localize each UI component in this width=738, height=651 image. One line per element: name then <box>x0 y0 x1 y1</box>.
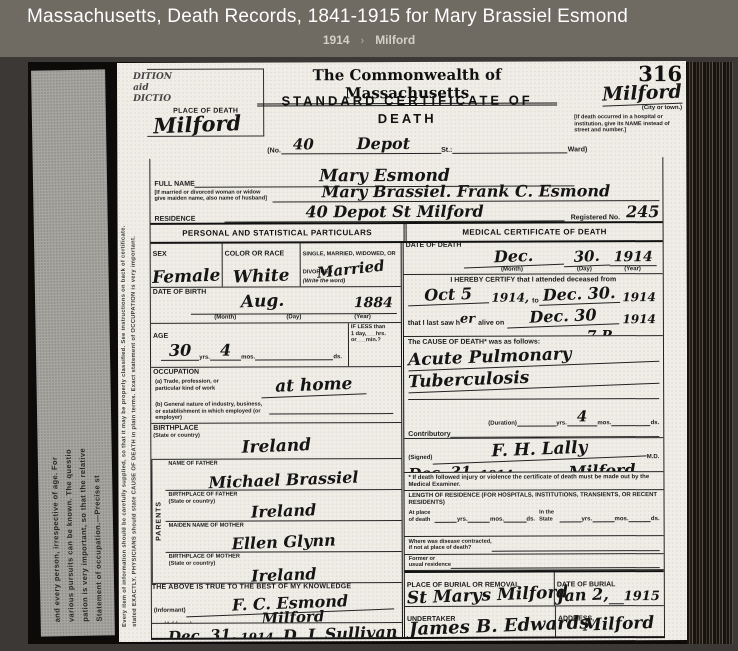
ds-label: ds. <box>333 354 342 360</box>
last-saw-er: er <box>460 312 475 327</box>
ds-label: ds. <box>651 516 660 522</box>
date-of-death-row: DATE OF DEATH Dec. 30. 1914 (Month) (Day… <box>404 240 663 275</box>
personal-column: SEX Female COLOR OR RACE White SINGLE, M… <box>151 241 405 638</box>
month-label: (Month) <box>464 266 561 272</box>
maiden-name-row: [If married or divorced woman or widowgi… <box>154 181 659 203</box>
sex-label: SEX <box>153 251 167 258</box>
mos-label: mos. <box>241 355 255 361</box>
page-title: Massachusetts, Death Records, 1841-1915 … <box>0 0 738 28</box>
occupation-row: OCCUPATION (a) Trade, profession, or par… <box>151 367 401 424</box>
st-label: St.: <box>441 147 452 154</box>
burial-year-value: 1915 <box>624 589 660 604</box>
yrs-label: yrs. <box>457 517 468 523</box>
occupation-b-label: (b) General nature of industry, business… <box>155 401 265 421</box>
mos-label: mos. <box>615 517 629 523</box>
color-race-value: White <box>222 265 300 288</box>
age-months-value: 4 <box>210 341 241 361</box>
residence-length-title: LENGTH OF RESIDENCE (FOR HOSPITALS, INST… <box>408 492 659 506</box>
mother-name-label: MAIDEN NAME OF MOTHER <box>169 523 244 530</box>
parents-label: PARENTS <box>151 460 165 583</box>
hospital-note: [If death occurred in a hospital or inst… <box>574 114 682 134</box>
former-residence-row: Former orusual residence <box>405 554 664 571</box>
mother-name-value: Ellen Glynn <box>166 528 402 553</box>
mos-label: mos. <box>490 517 504 523</box>
attended-to-date: Dec. 30. <box>538 283 619 306</box>
dod-month-value: Dec. <box>463 245 564 269</box>
city-script: Milford <box>602 81 682 107</box>
former-residence-label: Former orusual residence <box>409 556 451 569</box>
dod-year-value: 1914 <box>610 249 657 266</box>
dod-label: DATE OF DEATH <box>406 242 462 249</box>
attended-from-date: Oct 5 <box>407 283 488 306</box>
house-number-value: 40 <box>281 135 326 154</box>
place-of-death-value: Milford <box>153 110 242 138</box>
place-of-death-box: DITIONaidDICTIO PLACE OF DEATH Milford <box>147 68 264 136</box>
maiden-note: [If married or divorced woman or widowgi… <box>154 189 272 203</box>
document-viewer: and every person, irrespective of age. F… <box>0 57 738 651</box>
birthplace-label: BIRTHPLACE <box>153 425 198 432</box>
last-saw-date: Dec. 30 <box>507 304 620 328</box>
in-state-label: In theState <box>539 510 559 523</box>
facing-page: and every person, irrespective of age. F… <box>31 69 115 636</box>
sex-race-marital-row: SEX Female COLOR OR RACE White SINGLE, M… <box>151 241 401 288</box>
examiner-note: * If death followed injury or violence t… <box>404 472 663 491</box>
mother-birthplace-label: BIRTHPLACE OF MOTHER(State or country) <box>169 554 240 567</box>
medical-column: DATE OF DEATH Dec. 30. 1914 (Month) (Day… <box>404 240 664 637</box>
mos-label: mos. <box>597 420 611 426</box>
last-saw-year: 1914 <box>619 312 658 326</box>
occupation-a-label: (a) Trade, profession, or particular kin… <box>155 379 245 393</box>
occupation-label: OCCUPATION <box>153 369 199 376</box>
father-name-label: NAME OF FATHER <box>168 461 217 468</box>
undertaker-row: UNDERTAKER ADDRESS, James B. Edwards Mil… <box>405 606 664 637</box>
month-label: (Month) <box>191 314 260 320</box>
address-line: (No. 40 Depot St.: Ward) <box>267 133 587 154</box>
last-saw-text: that I last saw h <box>408 320 460 327</box>
yrs-label: yrs. <box>556 420 567 426</box>
color-race-label: COLOR OR RACE <box>225 250 285 257</box>
year-label: (Year) <box>328 314 397 320</box>
contracted-label: Where was disease contracted,if not at p… <box>409 539 492 552</box>
certify-text: I HEREBY CERTIFY that I attended decease… <box>408 276 659 284</box>
duration-months-value: 4 <box>567 407 598 426</box>
filed-date: Dec. 31, <box>168 625 237 637</box>
day-label: (Day) <box>560 266 608 272</box>
father-birthplace-row: BIRTHPLACE OF FATHER(State or country) I… <box>165 490 401 522</box>
registered-no-value: 245 <box>620 202 659 221</box>
signed-address-value: Milford <box>544 459 660 473</box>
attended-to-year: 1914 <box>619 290 658 304</box>
dob-year-value: 1884 <box>354 295 393 311</box>
street-value: Depot <box>326 134 441 154</box>
age-years-value: 30 <box>161 341 199 361</box>
certificate-title: STANDARD CERTIFICATE OF DEATH <box>257 91 557 128</box>
contracted-row: Where was disease contracted,if not at p… <box>405 536 664 555</box>
at-place-label: At placeof death <box>409 510 435 523</box>
age-row: AGE 30 yrs. 4 mos. ds. <box>151 323 401 368</box>
state-country-label: (State or country) <box>153 433 200 440</box>
margin-instructions: Every item of information should be care… <box>120 77 128 627</box>
registrar-signature: D. J. Sullivan <box>277 622 402 638</box>
attended-from-year: 1914, <box>488 291 532 305</box>
chevron-right-icon: › <box>361 35 365 47</box>
signature-block: (Signed) F. H. Lally M.D. Dec. 31, 1914 … <box>404 438 663 473</box>
length-of-residence-block: LENGTH OF RESIDENCE (FOR HOSPITALS, INST… <box>404 490 663 537</box>
margin-instructions: stated EXACTLY. PHYSICIANS should state … <box>130 77 138 627</box>
certificate-number-block: 316 Milford (City or town.) [If death oc… <box>574 61 682 134</box>
age-label: AGE <box>153 333 168 340</box>
undertaker-address-value: Milford <box>582 613 654 636</box>
mother-name-row: MAIDEN NAME OF MOTHER Ellen Glynn <box>166 521 402 553</box>
no-label: (No. <box>267 147 281 154</box>
day-label: (Day) <box>260 314 329 320</box>
sex-value: Female <box>151 265 222 287</box>
filed-row: Filed Dec. 31, 1914 D. J. Sullivan REGIS… <box>152 623 402 638</box>
cause-of-death-block: The CAUSE OF DEATH* was as follows: Acut… <box>404 336 663 439</box>
to-label: to <box>532 298 539 305</box>
facing-page-text: Statement of occupation.—Precise st <box>85 84 103 622</box>
medical-section-title: MEDICAL CERTIFICATE OF DEATH <box>407 223 663 241</box>
dod-day-value: 30. <box>563 246 610 267</box>
father-name-row: NAME OF FATHER Michael Brassiel <box>165 459 401 491</box>
personal-section-title: PERSONAL AND STATISTICAL PARTICULARS <box>151 224 407 242</box>
occupation-a-value: at home <box>261 373 367 398</box>
residence-row: RESIDENCE 40 Depot St Milford Registered… <box>154 201 659 223</box>
yrs-label: yrs. <box>581 517 592 523</box>
duration-label: (Duration) <box>488 421 517 427</box>
facing-page-text: various pursuits can be known. The quest… <box>57 84 75 622</box>
filed-year: 1914 <box>236 630 277 637</box>
ward-label: Ward) <box>568 146 588 153</box>
certificate-form: FULL NAME Mary Esmond [If married or div… <box>149 157 665 640</box>
record-header: Massachusetts, Death Records, 1841-1915 … <box>0 0 738 57</box>
if-less-note: IF LESS than1 day,___hrs.or___min.? <box>349 323 401 366</box>
certificate-page: Every item of information should be care… <box>117 61 688 642</box>
parents-block: PARENTS NAME OF FATHER Michael Brassiel … <box>151 459 401 584</box>
ds-label: ds. <box>651 420 660 426</box>
informant-block: THE ABOVE IS TRUE TO THE BEST OF MY KNOW… <box>152 583 402 624</box>
burial-date-value: Jan 2, <box>557 584 610 605</box>
father-name-value: Michael Brassiel <box>165 466 401 491</box>
burial-row: PLACE OF BURIAL OR REMOVAL St Marys Milf… <box>405 570 664 607</box>
year-label: (Year) <box>608 266 656 272</box>
signed-label: (Signed) <box>408 455 432 461</box>
facing-page-text: pation is very important, so that the re… <box>71 84 89 622</box>
mother-birthplace-row: BIRTHPLACE OF MOTHER(State or country) I… <box>166 552 402 583</box>
breadcrumb-year[interactable]: 1914 <box>323 33 350 47</box>
facing-page-text: and every person, irrespective of age. F… <box>43 84 61 622</box>
yrs-label: yrs. <box>199 355 210 361</box>
residence-value: 40 Depot St Milford <box>224 201 564 222</box>
signed-date: Dec. 31, <box>408 463 477 473</box>
breadcrumb: 1914›Milford <box>0 33 738 47</box>
document-scan-image[interactable]: and every person, irrespective of age. F… <box>28 62 733 644</box>
alive-on-label: alive on <box>475 320 507 327</box>
city-label: (City or town.) <box>574 105 682 111</box>
breadcrumb-place[interactable]: Milford <box>375 33 415 47</box>
maiden-name-value: Mary Brassiel. Frank C. Esmond <box>272 181 659 202</box>
date-of-birth-row: DATE OF BIRTH Aug. 1884 (Month) (Day) (Y… <box>151 287 401 324</box>
dob-label: DATE OF BIRTH <box>153 289 207 296</box>
birthplace-row: BIRTHPLACE (State or country) Ireland <box>151 423 401 460</box>
book-page-edges <box>687 62 733 644</box>
ds-label: ds. <box>526 517 535 523</box>
certify-block: I HEREBY CERTIFY that I attended decease… <box>404 274 663 337</box>
dob-month-value: Aug. <box>240 291 284 313</box>
stamp-text: DITIONaidDICTIO <box>133 72 172 105</box>
